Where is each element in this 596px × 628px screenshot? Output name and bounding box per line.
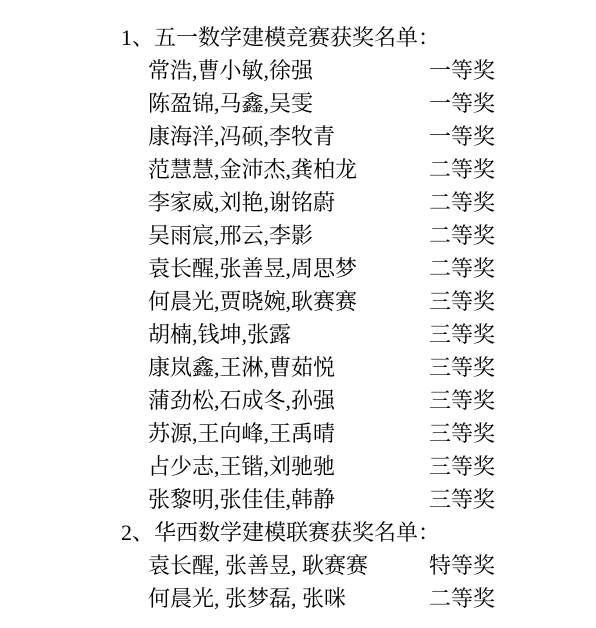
award-level: 特等奖 — [429, 549, 495, 582]
award-level: 三等奖 — [429, 318, 495, 351]
winner-names: 康岚鑫,王淋,曹茹悦 — [148, 351, 429, 384]
winner-names: 胡楠,钱坤,张露 — [148, 318, 429, 351]
award-level: 一等奖 — [429, 120, 495, 153]
winner-names: 常浩,曹小敏,徐强 — [148, 54, 429, 87]
award-row: 李家威,刘艳,谢铭蔚二等奖 — [0, 186, 596, 219]
award-row: 何晨光, 张梦磊, 张咪二等奖 — [0, 582, 596, 615]
award-level: 三等奖 — [429, 351, 495, 384]
award-level: 三等奖 — [429, 285, 495, 318]
award-level: 三等奖 — [429, 450, 495, 483]
award-level: 二等奖 — [429, 219, 495, 252]
award-row: 张黎明,张佳佳,韩静三等奖 — [0, 483, 596, 516]
award-row: 范慧慧,金沛杰,龚柏龙二等奖 — [0, 153, 596, 186]
winner-names: 李家威,刘艳,谢铭蔚 — [148, 186, 429, 219]
award-row: 吴雨宸,邢云,李影二等奖 — [0, 219, 596, 252]
winner-names: 何晨光,贾晓婉,耿赛赛 — [148, 285, 429, 318]
award-level: 三等奖 — [429, 483, 495, 516]
award-level: 一等奖 — [429, 54, 495, 87]
winner-names: 袁长醒, 张善昱, 耿赛赛 — [148, 549, 429, 582]
winner-names: 占少志,王锴,刘驰驰 — [148, 450, 429, 483]
award-row: 袁长醒, 张善昱, 耿赛赛特等奖 — [0, 549, 596, 582]
award-row: 陈盈锦,马鑫,吴雯一等奖 — [0, 87, 596, 120]
winner-names: 范慧慧,金沛杰,龚柏龙 — [148, 153, 429, 186]
award-level: 二等奖 — [429, 153, 495, 186]
section-2-heading: 2、华西数学建模联赛获奖名单： — [0, 516, 596, 549]
award-row: 胡楠,钱坤,张露三等奖 — [0, 318, 596, 351]
award-level: 二等奖 — [429, 582, 495, 615]
winner-names: 张黎明,张佳佳,韩静 — [148, 483, 429, 516]
award-row: 蒲劲松,石成冬,孙强三等奖 — [0, 384, 596, 417]
award-level: 二等奖 — [429, 252, 495, 285]
section-1-heading: 1、五一数学建模竞赛获奖名单： — [0, 21, 596, 54]
award-row: 苏源,王向峰,王禹晴三等奖 — [0, 417, 596, 450]
award-level: 二等奖 — [429, 186, 495, 219]
award-row: 康岚鑫,王淋,曹茹悦三等奖 — [0, 351, 596, 384]
winner-names: 何晨光, 张梦磊, 张咪 — [148, 582, 429, 615]
winner-names: 蒲劲松,石成冬,孙强 — [148, 384, 429, 417]
award-row: 袁长醒,张善昱,周思梦二等奖 — [0, 252, 596, 285]
award-row: 占少志,王锴,刘驰驰三等奖 — [0, 450, 596, 483]
winner-names: 陈盈锦,马鑫,吴雯 — [148, 87, 429, 120]
award-level: 三等奖 — [429, 417, 495, 450]
winner-names: 苏源,王向峰,王禹晴 — [148, 417, 429, 450]
award-row: 何晨光,贾晓婉,耿赛赛三等奖 — [0, 285, 596, 318]
award-list-document: 1、五一数学建模竞赛获奖名单： 常浩,曹小敏,徐强一等奖 陈盈锦,马鑫,吴雯一等… — [0, 0, 596, 615]
award-row: 常浩,曹小敏,徐强一等奖 — [0, 54, 596, 87]
winner-names: 康海洋,冯硕,李牧青 — [148, 120, 429, 153]
winner-names: 吴雨宸,邢云,李影 — [148, 219, 429, 252]
award-level: 一等奖 — [429, 87, 495, 120]
winner-names: 袁长醒,张善昱,周思梦 — [148, 252, 429, 285]
award-row: 康海洋,冯硕,李牧青一等奖 — [0, 120, 596, 153]
award-level: 三等奖 — [429, 384, 495, 417]
